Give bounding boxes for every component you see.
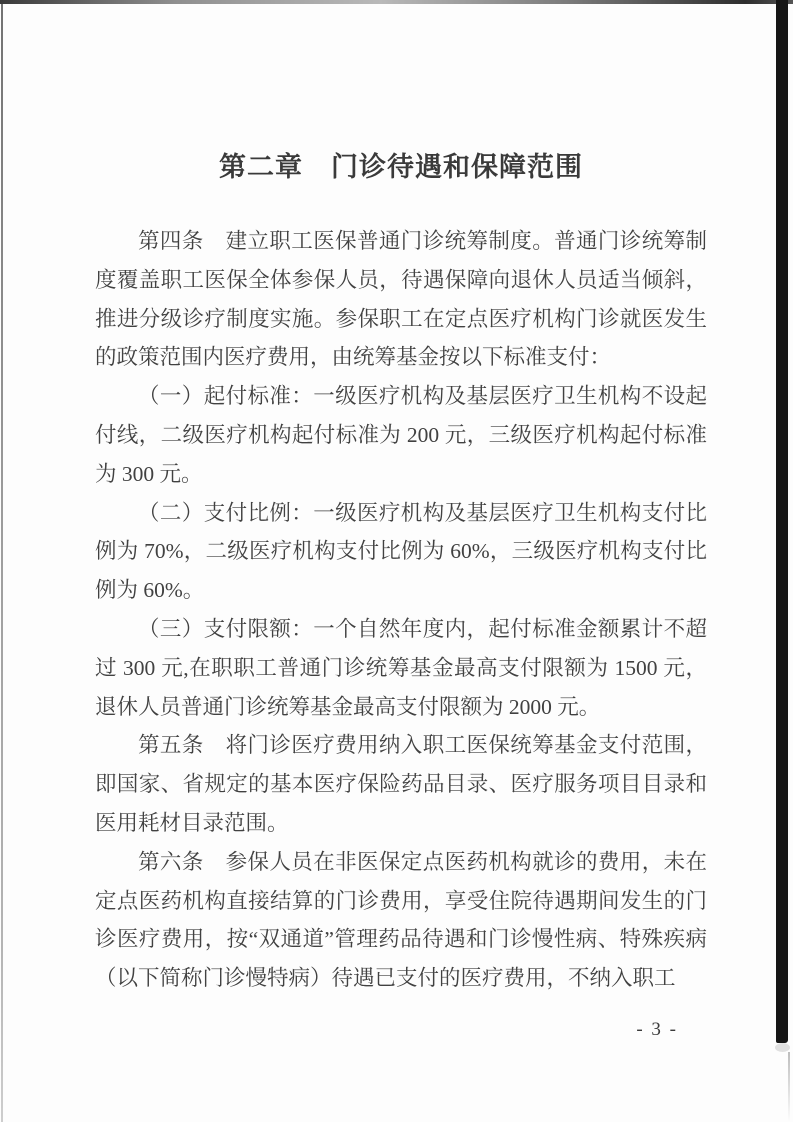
body-paragraph-article-6: 第六条 参保人员在非医保定点医药机构就诊的费用，未在定点医药机构直接结算的门诊费… xyxy=(95,843,707,998)
scan-edge-left xyxy=(1,4,3,1122)
document-body: 第二章 门诊待遇和保障范围 第四条 建立职工医保普通门诊统筹制度。普通门诊统筹制… xyxy=(95,148,707,998)
scan-edge-right-shadow xyxy=(788,1052,790,1122)
body-paragraph-article-4: 第四条 建立职工医保普通门诊统筹制度。普通门诊统筹制度覆盖职工医保全体参保人员，… xyxy=(95,222,707,377)
scan-edge-right-tail xyxy=(775,1043,790,1052)
scan-edge-right-bar xyxy=(776,0,788,1043)
body-paragraph-item-2-payment-ratio: （二）支付比例：一级医疗机构及基层医疗卫生机构支付比例为 70%，二级医疗机构支… xyxy=(95,494,707,610)
scanned-document-page: 第二章 门诊待遇和保障范围 第四条 建立职工医保普通门诊统筹制度。普通门诊统筹制… xyxy=(0,0,793,1122)
body-paragraph-item-1-deductible: （一）起付标准：一级医疗机构及基层医疗卫生机构不设起付线，二级医疗机构起付标准为… xyxy=(95,377,707,493)
body-paragraph-item-3-payment-limit: （三）支付限额：一个自然年度内，起付标准金额累计不超过 300 元,在职职工普通… xyxy=(95,610,707,726)
body-paragraph-article-5: 第五条 将门诊医疗费用纳入职工医保统筹基金支付范围，即国家、省规定的基本医疗保险… xyxy=(95,726,707,842)
scan-edge-top xyxy=(0,0,793,4)
chapter-heading: 第二章 门诊待遇和保障范围 xyxy=(95,148,707,186)
page-number: - 3 - xyxy=(636,1019,678,1041)
